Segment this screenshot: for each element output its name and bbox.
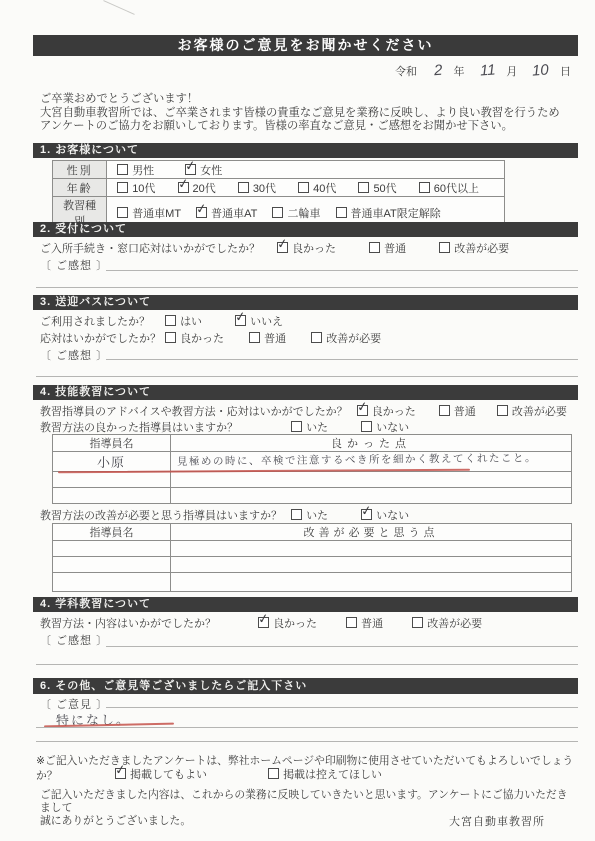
- table-row: [53, 541, 572, 557]
- gender-label: 性別: [53, 161, 107, 179]
- section1-header: 1. お客様について: [33, 143, 578, 158]
- era-label: 令和: [395, 66, 417, 78]
- option-label-good: 良かった: [372, 406, 416, 418]
- month-unit: 月: [506, 66, 517, 78]
- section6-header: 6. その他、ご意見等ございましたらご記入下さい: [33, 678, 578, 694]
- handwritten-year: 2: [433, 62, 443, 80]
- option-label-good: 良かった: [180, 333, 224, 345]
- section3-header: 3. 送迎バスについて: [33, 295, 578, 310]
- option-label-normal: 普通: [384, 243, 406, 255]
- intro-paragraph: ご卒業おめでとうございます！ 大宮自動車教習所では、ご卒業されます皆様の貴重なご…: [40, 93, 572, 134]
- checkbox-motorcycle[interactable]: [272, 207, 283, 218]
- checkbox-bus-used-yes[interactable]: [165, 315, 176, 326]
- publication-options-line: 掲載してもよい 掲載は控えてほしい: [115, 766, 382, 782]
- bus-used-question-line: ご利用されましたか？ はい いいえ: [40, 313, 283, 329]
- comment-label: 〔 ご感想 〕: [40, 257, 108, 273]
- checkbox-car-at[interactable]: [196, 207, 207, 218]
- good-points-header: 良かった点: [171, 435, 572, 452]
- improvement-points-table: 指導員名 改善が必要と思う点: [52, 523, 572, 592]
- option-label-10s: 10代: [132, 183, 155, 195]
- ruled-line[interactable]: [106, 270, 578, 271]
- checkbox-age-10s[interactable]: [117, 182, 128, 193]
- handwritten-month: 11: [479, 61, 496, 79]
- checkbox-female[interactable]: [185, 164, 196, 175]
- checkbox-bus-normal[interactable]: [249, 332, 260, 343]
- good-instructor-question: 教習方法の良かった指導員はいますか？: [40, 419, 288, 435]
- ruled-line[interactable]: [36, 727, 578, 728]
- date-line: 令和 2 年 11 月 10 日: [395, 62, 571, 79]
- option-label-needs-improvement: 改善が必要: [427, 618, 482, 630]
- option-label-good: 良かった: [292, 243, 336, 255]
- option-label-30s: 30代: [253, 183, 276, 195]
- option-label-needs-improvement: 改善が必要: [454, 243, 509, 255]
- handwritten-instructor-name: 小原: [97, 452, 125, 471]
- form-title: お客様のご意見をお聞かせください: [178, 37, 434, 53]
- ruled-line[interactable]: [36, 664, 578, 665]
- lecture-question-line: 教習方法・内容はいかがでしたか？ 良かった 普通 改善が必要: [40, 615, 482, 631]
- checkbox-lecture-good[interactable]: [258, 617, 269, 628]
- bad-instructor-question: 教習方法の改善が必要と思う指導員はいますか？: [40, 507, 288, 523]
- checkbox-skill-good[interactable]: [357, 405, 368, 416]
- section6-title: 6. その他、ご意見等ございましたらご記入下さい: [40, 680, 307, 692]
- checkbox-publish-no[interactable]: [268, 768, 279, 779]
- option-label-normal: 普通: [264, 333, 286, 345]
- comment-label: 〔 ご感想 〕: [40, 347, 108, 363]
- instructor-name-header: 指導員名: [53, 435, 171, 452]
- option-label-car-mt: 普通車MT: [132, 208, 181, 220]
- ruled-line[interactable]: [36, 741, 578, 742]
- option-label-needs-improvement: 改善が必要: [512, 406, 567, 418]
- option-label-normal: 普通: [361, 618, 383, 630]
- option-label-car-at: 普通車AT: [211, 208, 257, 220]
- option-label-good: 良かった: [273, 618, 317, 630]
- section4-title: 4. 技能教習について: [40, 386, 151, 398]
- table-row: [53, 573, 572, 592]
- checkbox-reception-good[interactable]: [277, 242, 288, 253]
- table-row: [53, 488, 572, 504]
- handwritten-day: 10: [532, 61, 550, 79]
- handwritten-good-point: 見極めの時に、卒検で注意するべき所を細かく教えてくれたこと。: [177, 450, 537, 469]
- option-label-inai: いない: [376, 422, 409, 434]
- ruled-line[interactable]: [106, 646, 578, 647]
- form-title-bar: お客様のご意見をお聞かせください: [33, 35, 578, 56]
- table-row: [53, 557, 572, 573]
- option-label-50s: 50代: [373, 183, 396, 195]
- option-label-20s: 20代: [193, 183, 216, 195]
- checkbox-good-instructor-yes[interactable]: [291, 421, 302, 432]
- checkbox-bad-instructor-no[interactable]: [361, 509, 372, 520]
- intro-line-2: 大宮自動車教習所では、ご卒業されます皆様の貴重なご意見を業務に反映し、より良い教…: [40, 107, 572, 121]
- year-unit: 年: [453, 66, 464, 78]
- section2-title: 2. 受付について: [40, 223, 127, 235]
- ruled-line[interactable]: [106, 707, 578, 708]
- checkbox-age-20s[interactable]: [178, 182, 189, 193]
- ruled-line[interactable]: [106, 359, 578, 360]
- option-label-publish-ok: 掲載してもよい: [130, 769, 207, 781]
- option-label-40s: 40代: [313, 183, 336, 195]
- option-label-ita: いた: [306, 422, 328, 434]
- reception-question: ご入所手続き・窓口応対はいかがでしたか？: [40, 243, 260, 255]
- customer-info-table: 性別 男性 女性 年齢 10代 20代 30代 40代 50代 60代以上 教習…: [52, 160, 505, 230]
- table-row: 年齢 10代 20代 30代 40代 50代 60代以上: [53, 179, 505, 197]
- option-label-no: いいえ: [250, 316, 283, 328]
- section5-header: 4. 学科教習について: [33, 597, 578, 612]
- checkbox-age-60s-plus[interactable]: [419, 182, 430, 193]
- improvement-points-header: 改善が必要と思う点: [171, 524, 572, 541]
- section2-header: 2. 受付について: [33, 222, 578, 237]
- checkbox-lecture-normal[interactable]: [346, 617, 357, 628]
- age-label: 年齢: [53, 179, 107, 197]
- scan-artifact: [103, 0, 134, 15]
- checkbox-bus-needs-improvement[interactable]: [311, 332, 322, 343]
- checkbox-reception-normal[interactable]: [369, 242, 380, 253]
- ruled-line[interactable]: [36, 376, 578, 377]
- option-label-at-limited-release: 普通車AT限定解除: [351, 208, 441, 220]
- checkbox-reception-needs-improvement[interactable]: [439, 242, 450, 253]
- school-signature: 大宮自動車教習所: [449, 813, 545, 829]
- option-label-motorcycle: 二輪車: [287, 208, 320, 220]
- option-label-female: 女性: [200, 165, 222, 177]
- section5-title: 4. 学科教習について: [40, 598, 151, 610]
- table-row: 性別 男性 女性: [53, 161, 505, 179]
- day-unit: 日: [560, 66, 571, 78]
- checkbox-publish-ok[interactable]: [115, 768, 126, 779]
- checkbox-skill-normal[interactable]: [439, 405, 450, 416]
- table-row: 小原 見極めの時に、卒検で注意するべき所を細かく教えてくれたこと。: [53, 452, 572, 472]
- instructor-name-header: 指導員名: [53, 524, 171, 541]
- checkbox-at-limited-release[interactable]: [336, 207, 347, 218]
- checkbox-car-mt[interactable]: [117, 207, 128, 218]
- checkbox-age-40s[interactable]: [298, 182, 309, 193]
- checkbox-bus-good[interactable]: [165, 332, 176, 343]
- table-header-row: 指導員名 良かった点: [53, 435, 572, 452]
- section1-title: 1. お客様について: [40, 144, 139, 156]
- checkbox-age-30s[interactable]: [238, 182, 249, 193]
- instructor-question-line: 教習指導員のアドバイスや教習方法・応対はいかがでしたか？ 良かった 普通 改善が…: [40, 403, 567, 419]
- option-label-normal: 普通: [454, 406, 476, 418]
- option-label-yes: はい: [180, 316, 202, 328]
- checkbox-skill-needs-improvement[interactable]: [497, 405, 508, 416]
- reception-question-line: ご入所手続き・窓口応対はいかがでしたか？ 良かった 普通 改善が必要: [40, 240, 509, 256]
- checkbox-good-instructor-no[interactable]: [361, 421, 372, 432]
- checkbox-bad-instructor-yes[interactable]: [291, 509, 302, 520]
- instructor-question: 教習指導員のアドバイスや教習方法・応対はいかがでしたか？: [40, 406, 348, 418]
- table-header-row: 指導員名 改善が必要と思う点: [53, 524, 572, 541]
- option-label-inai: いない: [376, 510, 409, 522]
- option-label-publish-no: 掲載は控えてほしい: [283, 769, 382, 781]
- section3-title: 3. 送迎バスについて: [40, 296, 151, 308]
- bus-response-question-line: 応対はいかがでしたか？ 良かった 普通 改善が必要: [40, 330, 381, 346]
- checkbox-bus-used-no[interactable]: [235, 315, 246, 326]
- comment-label: 〔 ご感想 〕: [40, 632, 108, 648]
- closing-line-1: ご記入いただきました内容は、これからの業務に反映していきたいと思います。アンケー…: [40, 789, 575, 815]
- lecture-question: 教習方法・内容はいかがでしたか？: [40, 615, 255, 631]
- ruled-line[interactable]: [36, 287, 578, 288]
- checkbox-lecture-needs-improvement[interactable]: [412, 617, 423, 628]
- intro-line-3: アンケートのご協力をお願いしております。皆様の率直なご意見・ご感想をお聞かせ下さ…: [40, 120, 572, 134]
- table-row: [53, 472, 572, 488]
- bad-instructor-question-line: 教習方法の改善が必要と思う指導員はいますか？ いた いない: [40, 507, 409, 523]
- checkbox-age-50s[interactable]: [358, 182, 369, 193]
- option-label-ita: いた: [306, 510, 328, 522]
- bus-used-question: ご利用されましたか？: [40, 313, 162, 329]
- option-label-male: 男性: [132, 165, 154, 177]
- option-label-needs-improvement: 改善が必要: [326, 333, 381, 345]
- intro-line-1: ご卒業おめでとうございます！: [40, 93, 572, 107]
- option-label-60s-plus: 60代以上: [434, 183, 479, 195]
- checkbox-male[interactable]: [117, 164, 128, 175]
- good-instructor-question-line: 教習方法の良かった指導員はいますか？ いた いない: [40, 419, 409, 435]
- section4-header: 4. 技能教習について: [33, 385, 578, 400]
- scanned-questionnaire-page: お客様のご意見をお聞かせください 令和 2 年 11 月 10 日 ご卒業おめで…: [0, 0, 595, 841]
- bus-response-question: 応対はいかがでしたか？: [40, 330, 162, 346]
